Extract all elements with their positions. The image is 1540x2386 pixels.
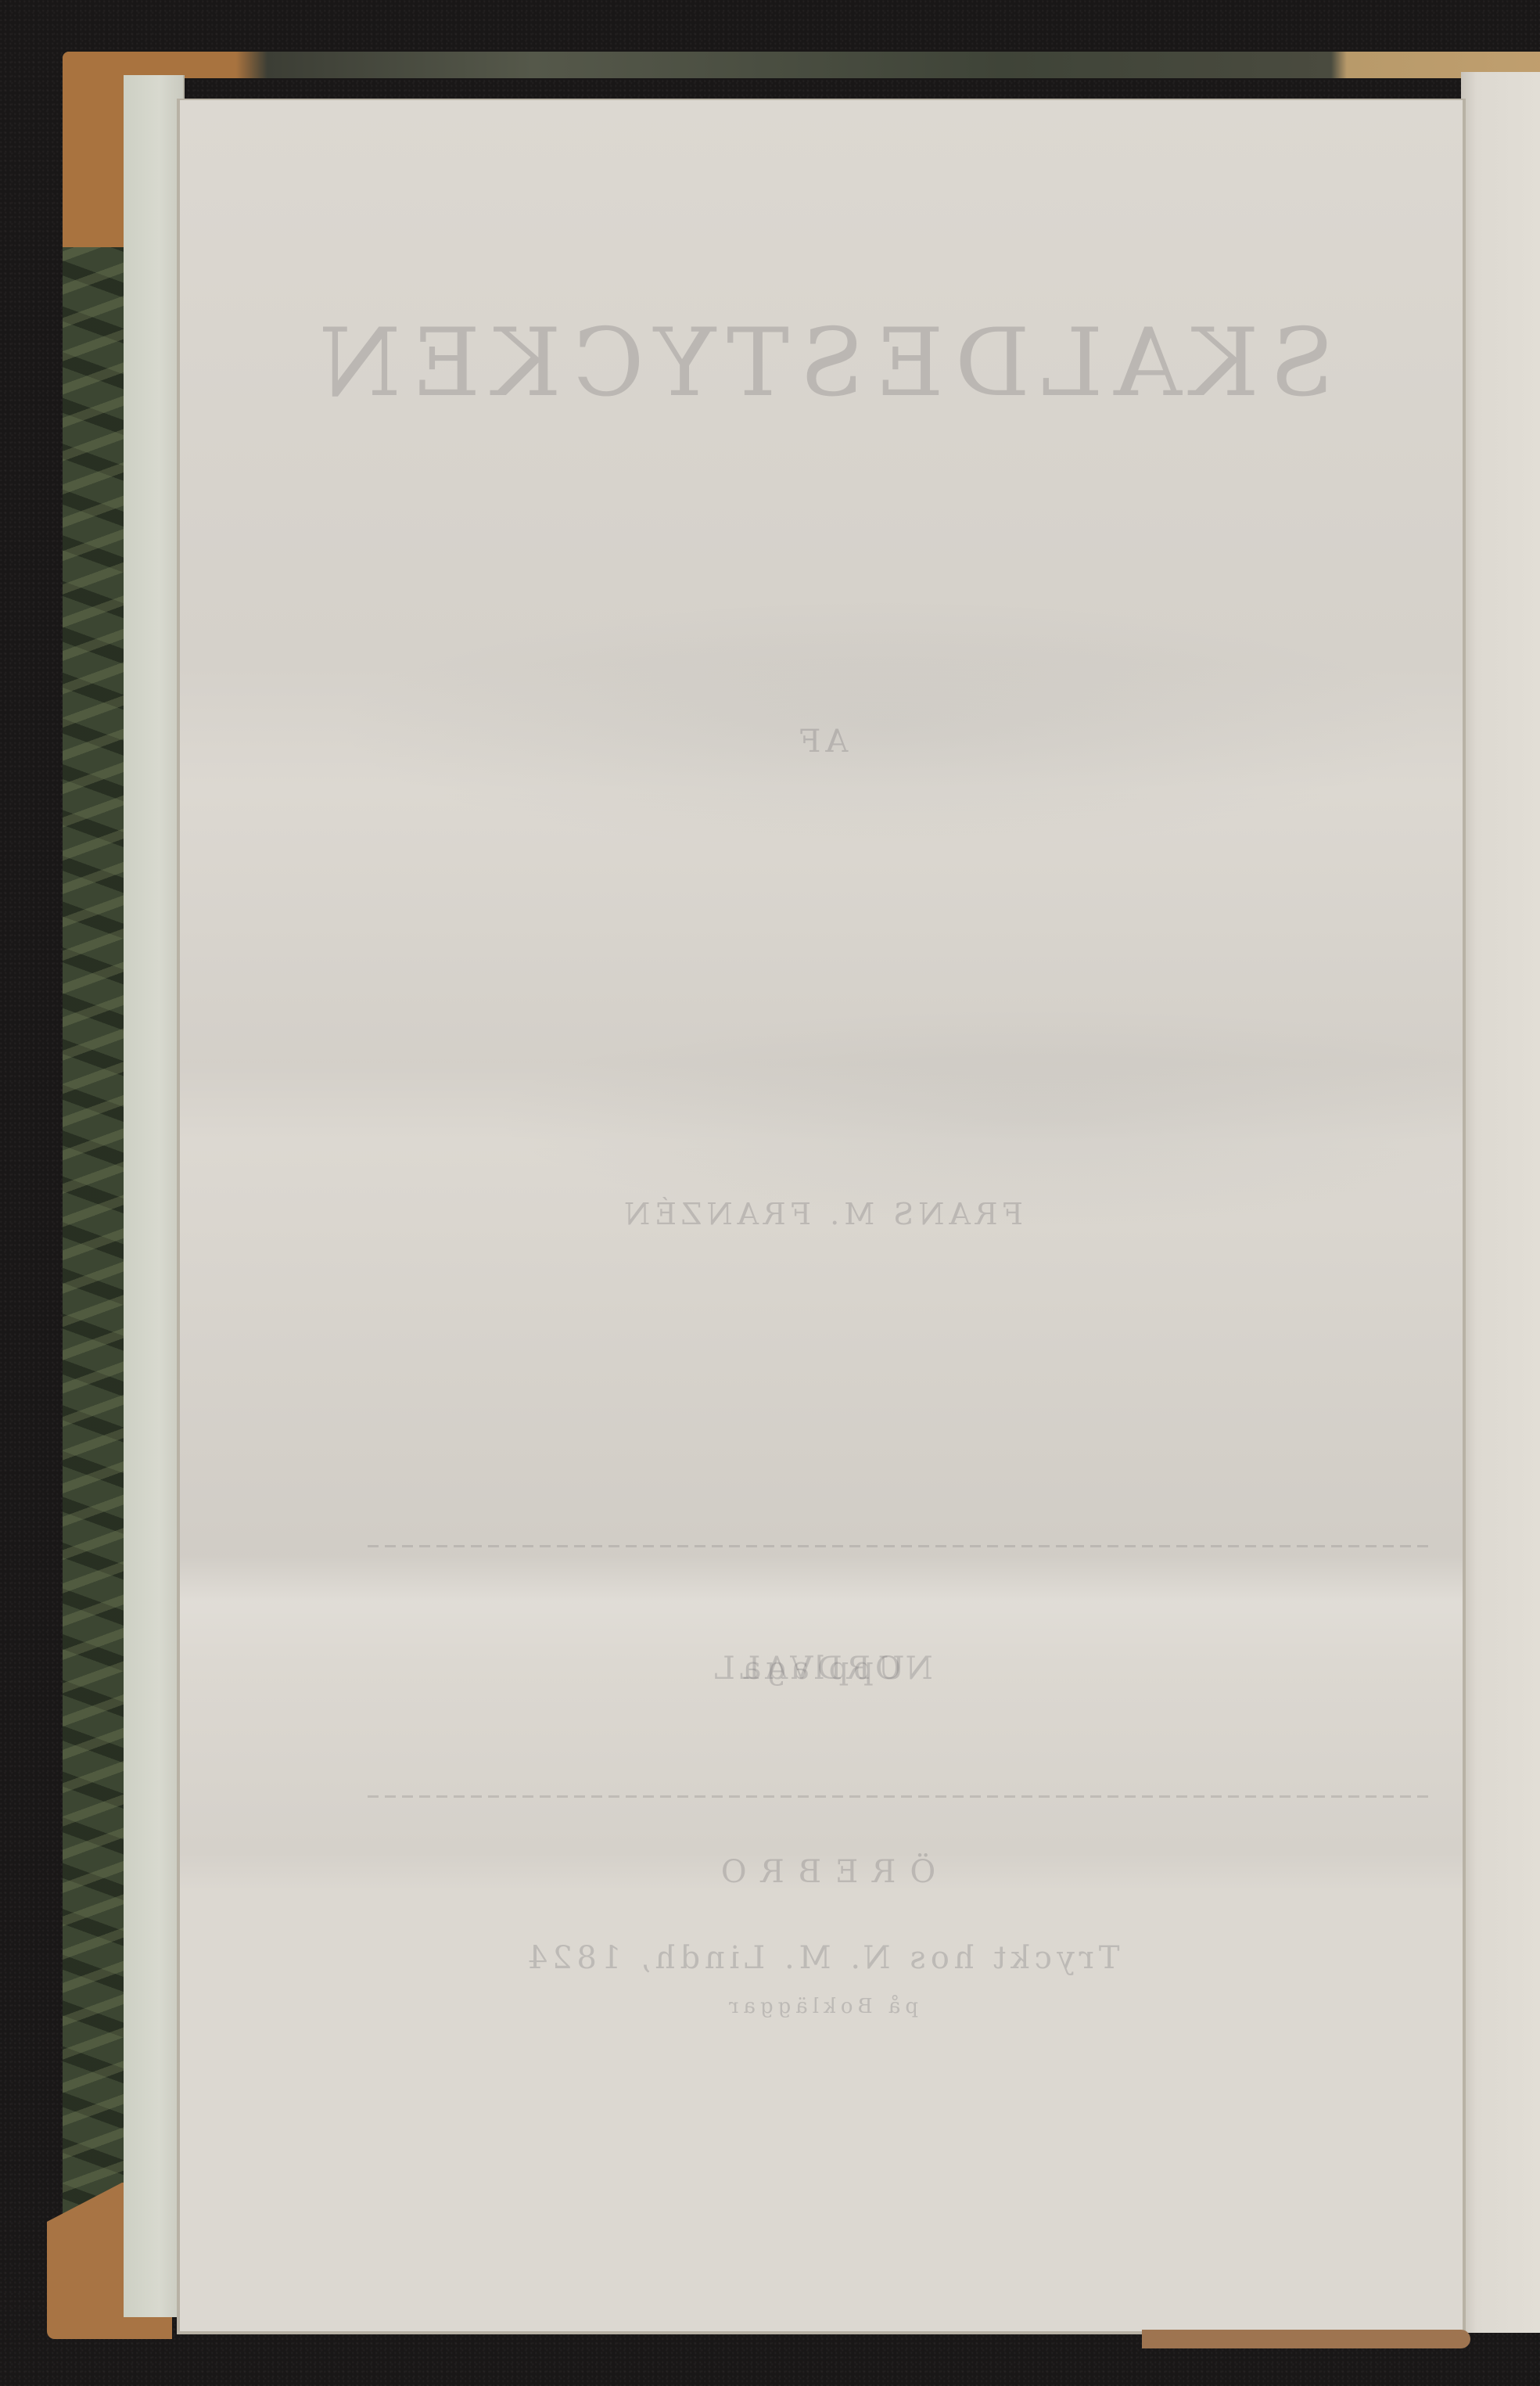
adjacent-page-edge — [1461, 72, 1540, 2333]
show-through-rule-2 — [368, 1795, 1431, 1798]
cover-board-top-edge — [64, 52, 1540, 78]
show-through-printer: Tryckt hos N. M. Lindh, 1824 — [180, 1940, 1463, 1976]
show-through-af: AF — [180, 724, 1463, 760]
show-through-publisher: på Bokläggar — [180, 1995, 1463, 2018]
show-through-title: SKALDESTYCKEN — [180, 309, 1463, 418]
show-through-rule — [368, 1545, 1431, 1547]
endpaper-strip — [124, 75, 185, 2317]
show-through-author: FRANS M. FRANZÉN — [180, 1197, 1463, 1231]
show-through-edition: Upplaga — [180, 1651, 1463, 1687]
cover-board-bottom-edge — [1142, 2330, 1470, 2348]
marbled-cover-spine — [63, 52, 125, 2336]
show-through-place: ÖREBRO — [180, 1854, 1463, 1890]
